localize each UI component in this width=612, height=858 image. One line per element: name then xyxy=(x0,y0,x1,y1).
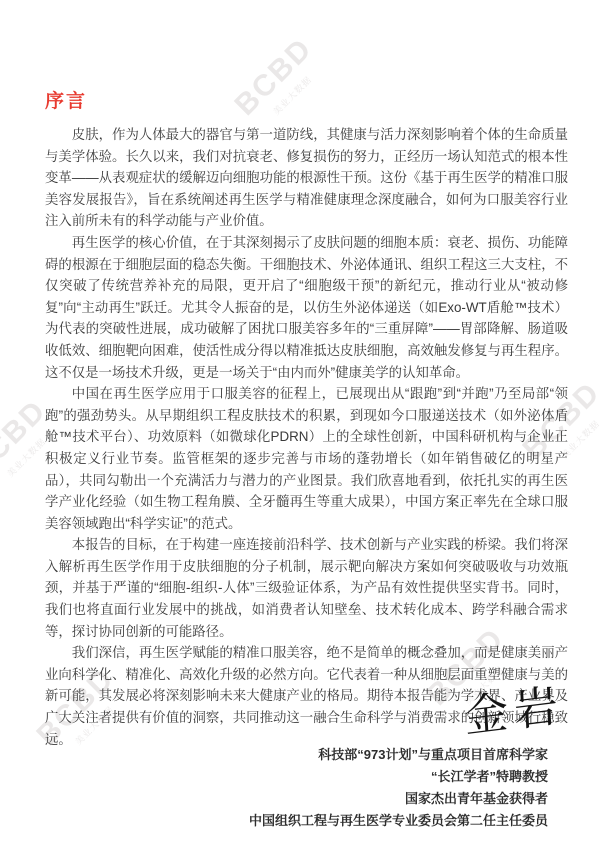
watermark: BCBD 美业大数据 xyxy=(229,32,331,134)
signer-titles: 科技部“973计划”与重点项目首席科学家 “长江学者”特聘教授 国家杰出青年基金… xyxy=(249,744,548,832)
signer-title: 国家杰出青年基金获得者 xyxy=(249,788,548,810)
signer-title: “长江学者”特聘教授 xyxy=(249,766,548,788)
preface-paragraph: 再生医学的核心价值，在于其深刻揭示了皮肤问题的细胞本质：衰老、损伤、功能障碍的根… xyxy=(45,232,568,383)
preface-paragraph: 中国在再生医学应用于口服美容的征程上，已展现出从“跟跑”到“并跑”乃至局部“领跑… xyxy=(45,383,568,534)
preface-paragraph: 皮肤，作为人体最大的器官与第一道防线，其健康与活力深刻影响着个体的生命质量与美学… xyxy=(45,124,568,232)
watermark-text: BCBD xyxy=(229,32,320,123)
signature: 金岩 xyxy=(463,684,565,740)
signer-title: 中国组织工程与再生医学专业委员会第二任主任委员 xyxy=(249,810,548,832)
preface-paragraph: 本报告的目标，在于构建一座连接前沿科学、技术创新与产业实践的桥梁。我们将深入解析… xyxy=(45,534,568,642)
watermark-subtext: 美业大数据 xyxy=(254,57,330,133)
preface-body: 皮肤，作为人体最大的器官与第一道防线，其健康与活力深刻影响着个体的生命质量与美学… xyxy=(45,124,568,750)
preface-page: BCBD 美业大数据 BCBD 美业大数据 BCBD 美业大数据 BCBD 美业… xyxy=(0,0,612,858)
page-title: 序言 xyxy=(45,86,87,113)
signer-title: 科技部“973计划”与重点项目首席科学家 xyxy=(249,744,548,766)
